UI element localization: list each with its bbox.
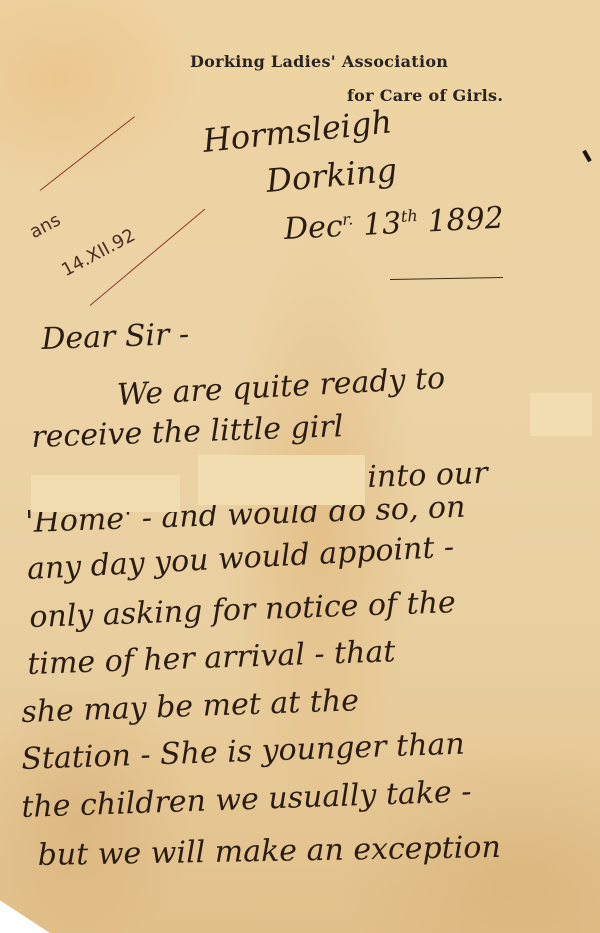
salutation: Dear Sir - xyxy=(41,317,190,357)
date-day: 13 xyxy=(362,206,402,243)
redaction-box xyxy=(530,393,592,436)
date-month-sup: r. xyxy=(342,209,354,229)
redaction-box xyxy=(198,455,365,505)
letterhead-subtitle: for Care of Girls. xyxy=(347,86,503,105)
letterhead-title: Dorking Ladies' Association xyxy=(190,52,448,71)
date-year: 1892 xyxy=(427,201,505,240)
body-line: into our xyxy=(367,456,488,495)
redaction-box xyxy=(31,475,180,512)
date-day-sup: th xyxy=(400,206,418,226)
date-month: Dec xyxy=(283,209,343,247)
